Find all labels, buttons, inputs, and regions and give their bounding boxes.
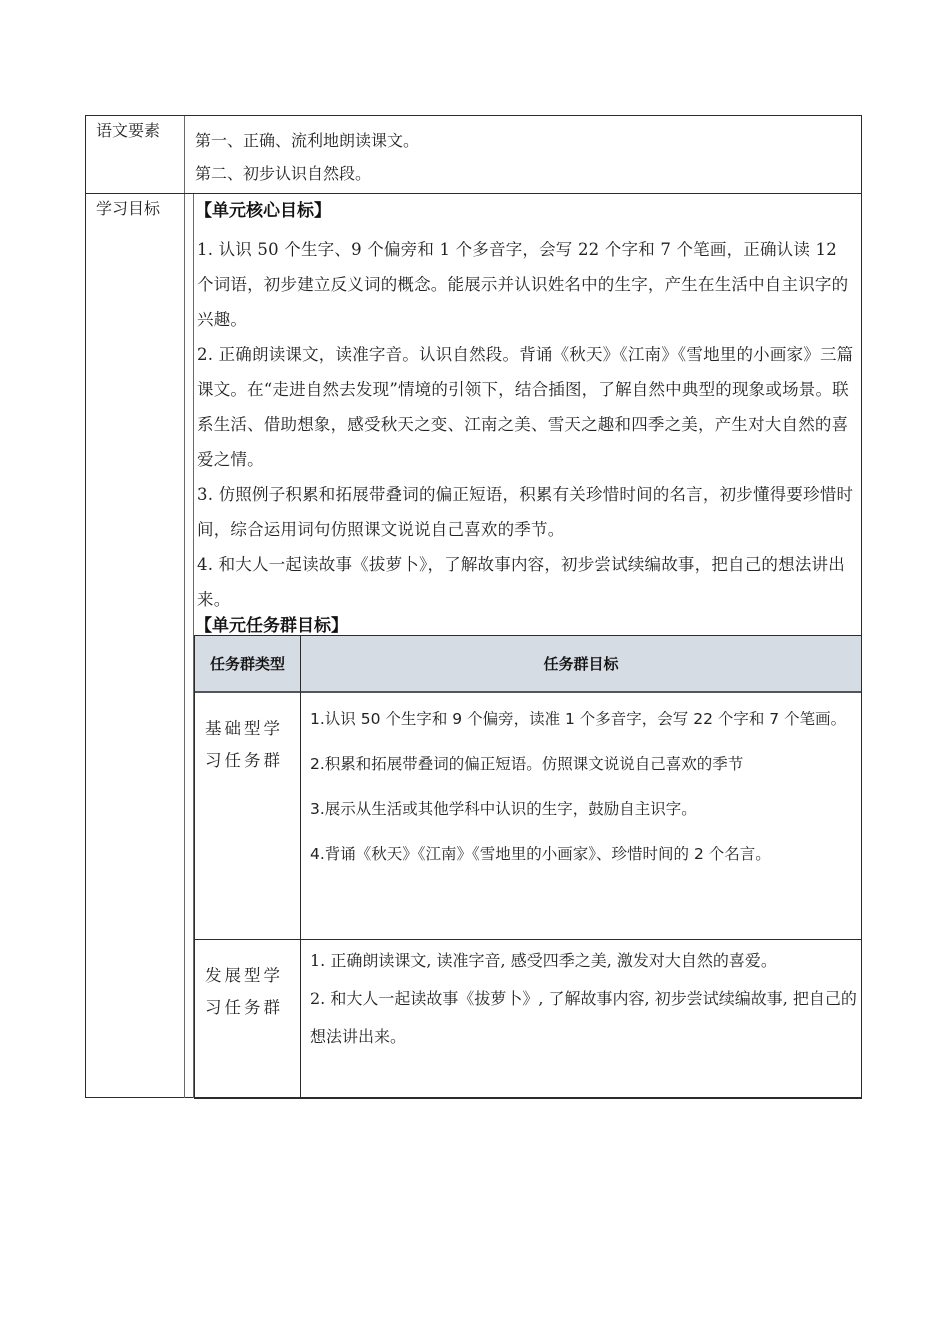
task-goal-item: 2. 和大人一起读故事《拔萝卜》, 了解故事内容, 初步尝试续编故事, 把自己的… bbox=[310, 980, 861, 1056]
task-group-goals: 1.认识 50 个生字和 9 个偏旁，读准 1 个多音字，会写 22 个字和 7… bbox=[301, 693, 861, 939]
task-group-type: 发展型学习任务群 bbox=[195, 940, 300, 1098]
core-goal-item: 1. 认识 50 个生字、9 个偏旁和 1 个多音字，会写 22 个字和 7 个… bbox=[197, 232, 857, 337]
task-groups-table: 任务群类型 任务群目标 基础型学习任务群 1.认识 50 个生字和 9 个偏旁，… bbox=[194, 635, 862, 1099]
task-goal-item: 1. 正确朗读课文, 读准字音, 感受四季之美, 激发对大自然的喜爱。 bbox=[310, 942, 861, 980]
core-goals-list: 1. 认识 50 个生字、9 个偏旁和 1 个多音字，会写 22 个字和 7 个… bbox=[197, 232, 857, 617]
row-label: 学习目标 bbox=[86, 194, 185, 1098]
element-line: 第一、正确、流利地朗读课文。 bbox=[195, 124, 861, 157]
task-goal-item: 1.认识 50 个生字和 9 个偏旁，读准 1 个多音字，会写 22 个字和 7… bbox=[310, 703, 861, 735]
core-goal-item: 3. 仿照例子积累和拓展带叠词的偏正短语，积累有关珍惜时间的名言，初步懂得要珍惜… bbox=[197, 477, 857, 547]
language-elements-content: 第一、正确、流利地朗读课文。 第二、初步认识自然段。 bbox=[185, 116, 861, 193]
element-line: 第二、初步认识自然段。 bbox=[195, 157, 861, 190]
task-group-type: 基础型学习任务群 bbox=[195, 693, 300, 939]
task-goal-item: 3.展示从生活或其他学科中认识的生字，鼓励自主识字。 bbox=[310, 793, 861, 825]
task-groups-heading: 【单元任务群目标】 bbox=[195, 615, 348, 637]
core-goal-item: 4. 和大人一起读故事《拔萝卜》，了解故事内容，初步尝试续编故事，把自己的想法讲… bbox=[197, 547, 857, 617]
document-page: 语文要素 第一、正确、流利地朗读课文。 第二、初步认识自然段。 学习目标 【单元… bbox=[0, 0, 950, 1344]
task-goal-item: 2.积累和拓展带叠词的偏正短语。仿照课文说说自己喜欢的季节 bbox=[310, 748, 861, 780]
column-header-type: 任务群类型 bbox=[195, 636, 300, 691]
row-learning-goals: 学习目标 【单元核心目标】 1. 认识 50 个生字、9 个偏旁和 1 个多音字… bbox=[86, 194, 861, 1098]
core-goal-item: 2. 正确朗读课文，读准字音。认识自然段。背诵《秋天》《江南》《雪地里的小画家》… bbox=[197, 337, 857, 477]
task-group-row-basic: 基础型学习任务群 1.认识 50 个生字和 9 个偏旁，读准 1 个多音字，会写… bbox=[195, 693, 861, 940]
task-group-row-development: 发展型学习任务群 1. 正确朗读课文, 读准字音, 感受四季之美, 激发对大自然… bbox=[195, 940, 861, 1098]
core-goals-heading: 【单元核心目标】 bbox=[195, 200, 331, 222]
row-label: 语文要素 bbox=[86, 116, 185, 193]
task-groups-header-row: 任务群类型 任务群目标 bbox=[195, 636, 861, 693]
lesson-plan-table: 语文要素 第一、正确、流利地朗读课文。 第二、初步认识自然段。 学习目标 【单元… bbox=[85, 115, 862, 1098]
task-group-goals: 1. 正确朗读课文, 读准字音, 感受四季之美, 激发对大自然的喜爱。 2. 和… bbox=[301, 940, 861, 1098]
row-language-elements: 语文要素 第一、正确、流利地朗读课文。 第二、初步认识自然段。 bbox=[86, 116, 861, 194]
task-goal-item: 4.背诵《秋天》《江南》《雪地里的小画家》、珍惜时间的 2 个名言。 bbox=[310, 838, 861, 870]
learning-goals-content: 【单元核心目标】 1. 认识 50 个生字、9 个偏旁和 1 个多音字，会写 2… bbox=[185, 194, 861, 1098]
column-header-goal: 任务群目标 bbox=[301, 636, 861, 691]
